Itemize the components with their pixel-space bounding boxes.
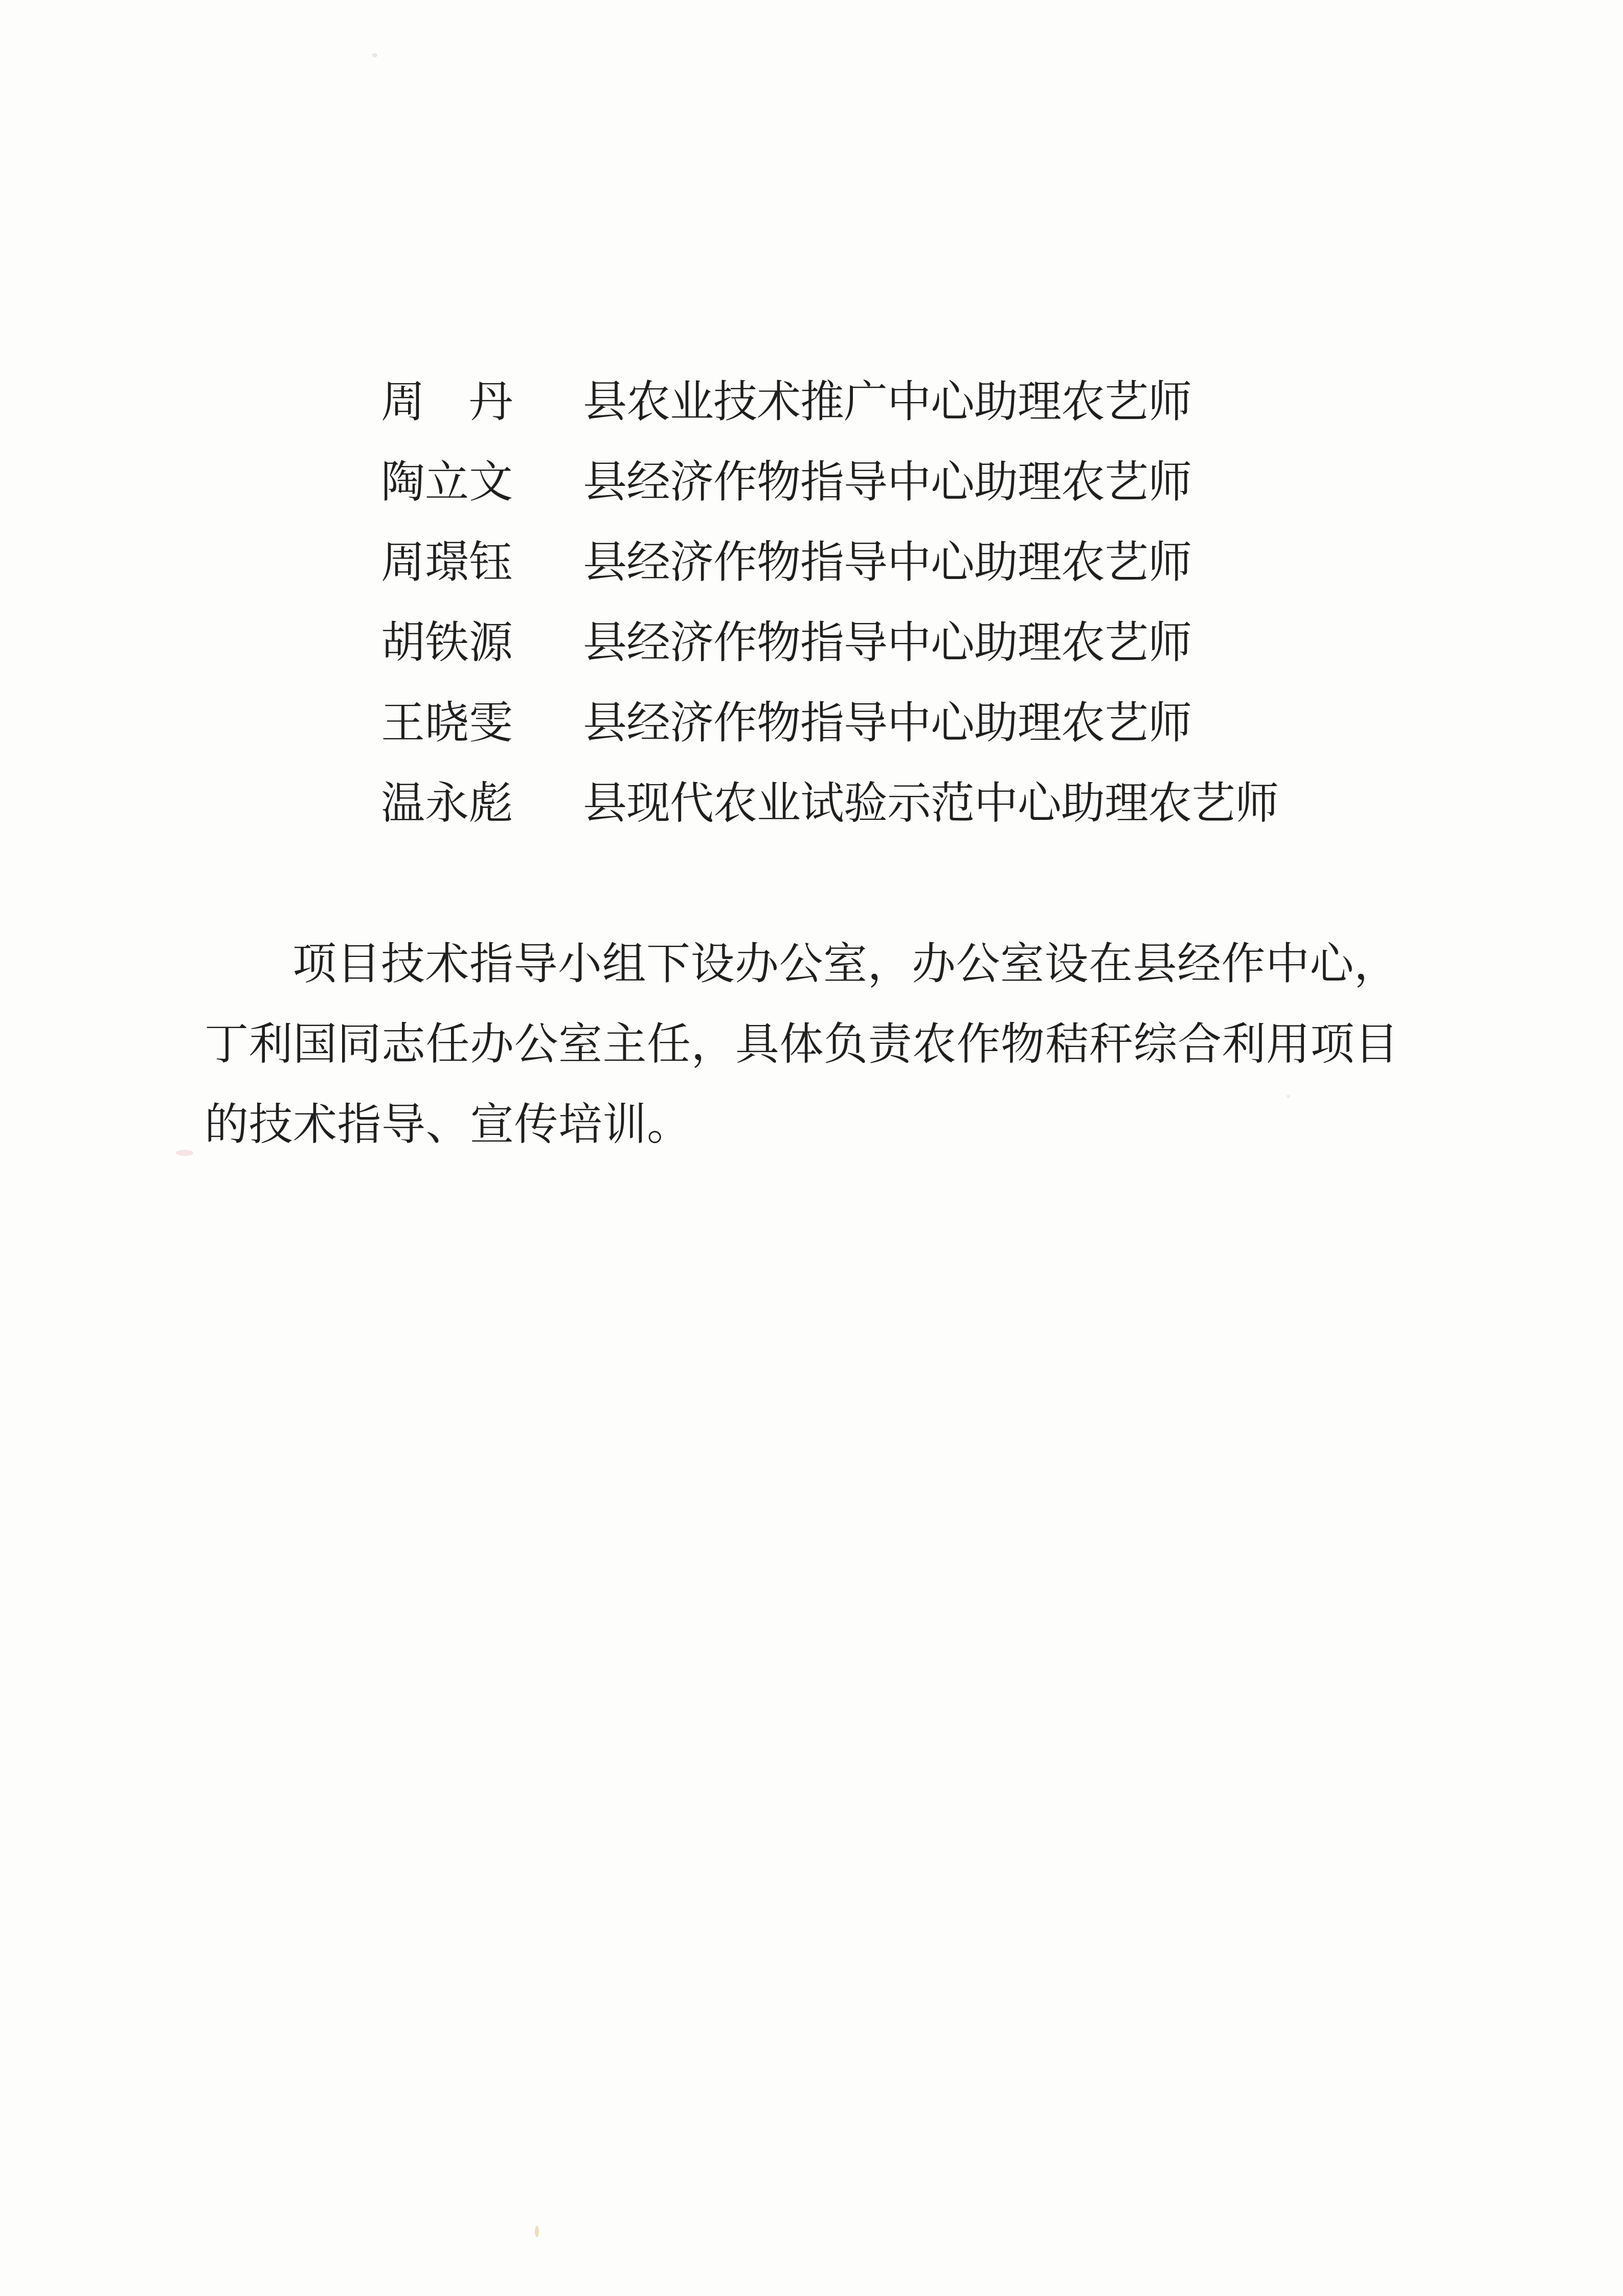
scan-speck xyxy=(535,2226,539,2237)
roster-row: 王晓雯 县经济作物指导中心助理农艺师 xyxy=(381,683,1278,764)
scan-speck xyxy=(176,1150,193,1156)
person-title: 县经济作物指导中心助理农艺师 xyxy=(583,523,1191,603)
paragraph-line: 项目技术指导小组下设办公室，办公室设在县经作中心， xyxy=(205,924,1422,1005)
person-name: 周璟钰 xyxy=(381,523,583,603)
person-title: 县现代农业试验示范中心助理农艺师 xyxy=(583,764,1278,844)
roster-row: 陶立文 县经济作物指导中心助理农艺师 xyxy=(381,442,1278,523)
person-title: 县农业技术推广中心助理农艺师 xyxy=(583,362,1191,442)
roster-row: 周 丹 县农业技术推广中心助理农艺师 xyxy=(381,362,1278,442)
scanned-document-page: 周 丹 县农业技术推广中心助理农艺师 陶立文 县经济作物指导中心助理农艺师 周璟… xyxy=(0,0,1623,2296)
scan-speck xyxy=(1287,1095,1290,1098)
person-name: 王晓雯 xyxy=(381,683,583,764)
paragraph-line: 的技术指导、宣传培训。 xyxy=(205,1085,1422,1165)
person-title: 县经济作物指导中心助理农艺师 xyxy=(583,442,1191,523)
person-title: 县经济作物指导中心助理农艺师 xyxy=(583,603,1191,683)
scan-speck xyxy=(372,53,377,57)
person-name: 周 丹 xyxy=(381,362,583,442)
roster-row: 胡铁源 县经济作物指导中心助理农艺师 xyxy=(381,603,1278,683)
person-name: 陶立文 xyxy=(381,442,583,523)
roster-row: 温永彪 县现代农业试验示范中心助理农艺师 xyxy=(381,764,1278,844)
office-setup-paragraph: 项目技术指导小组下设办公室，办公室设在县经作中心， 丁利国同志任办公室主任，具体… xyxy=(205,924,1422,1165)
person-name: 温永彪 xyxy=(381,764,583,844)
person-name: 胡铁源 xyxy=(381,603,583,683)
paragraph-line: 丁利国同志任办公室主任，具体负责农作物秸秆综合利用项目 xyxy=(205,1005,1422,1085)
roster-row: 周璟钰 县经济作物指导中心助理农艺师 xyxy=(381,523,1278,603)
person-title: 县经济作物指导中心助理农艺师 xyxy=(583,683,1191,764)
personnel-roster: 周 丹 县农业技术推广中心助理农艺师 陶立文 县经济作物指导中心助理农艺师 周璟… xyxy=(381,362,1278,844)
